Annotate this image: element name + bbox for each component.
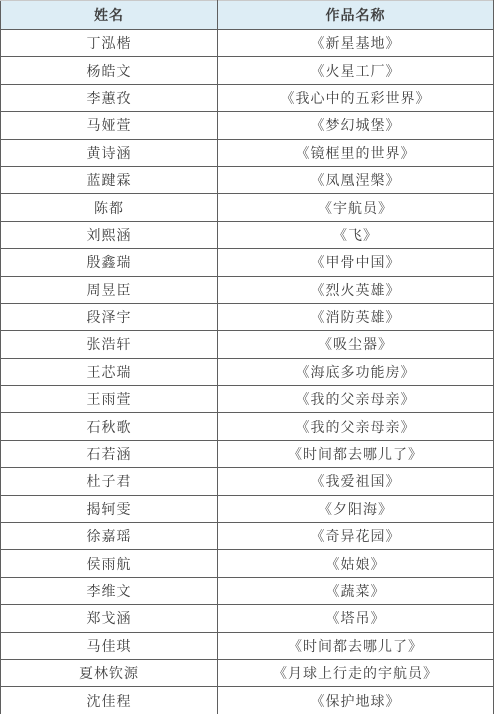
table-row: 石若涵《时间都去哪儿了》 [1,440,494,467]
work-title-cell: 《我的父亲母亲》 [218,413,494,440]
work-title-cell: 《梦幻城堡》 [218,112,494,139]
work-title-cell: 《宇航员》 [218,194,494,221]
student-name-cell: 徐嘉瑶 [1,523,218,550]
table-row: 李维文《蔬菜》 [1,577,494,604]
work-title-cell: 《飞》 [218,221,494,248]
table-row: 丁泓楷《新星基地》 [1,30,494,57]
student-name-cell: 杜子君 [1,468,218,495]
work-title-cell: 《吸尘器》 [218,331,494,358]
student-name-cell: 揭轲雯 [1,495,218,522]
table-row: 郑戈涵《塔吊》 [1,605,494,632]
table-row: 杨皓文《火星工厂》 [1,57,494,84]
student-name-cell: 周昱臣 [1,276,218,303]
work-title-cell: 《月球上行走的宇航员》 [218,659,494,686]
student-name-cell: 夏林钦源 [1,659,218,686]
student-name-cell: 石若涵 [1,440,218,467]
work-title-cell: 《时间都去哪儿了》 [218,440,494,467]
header-name-column: 姓名 [1,1,218,30]
work-title-cell: 《凤凰涅槃》 [218,166,494,193]
table-row: 周昱臣《烈火英雄》 [1,276,494,303]
table-row: 蓝踺霖《凤凰涅槃》 [1,166,494,193]
table-row: 沈佳程《保护地球》 [1,687,494,714]
student-name-cell: 沈佳程 [1,687,218,714]
student-name-cell: 王芯瑞 [1,358,218,385]
table-row: 杜子君《我爱祖国》 [1,468,494,495]
student-name-cell: 丁泓楷 [1,30,218,57]
table-row: 王雨萱《我的父亲母亲》 [1,386,494,413]
work-title-cell: 《甲骨中国》 [218,249,494,276]
table-row: 揭轲雯《夕阳海》 [1,495,494,522]
work-title-cell: 《夕阳海》 [218,495,494,522]
student-name-cell: 王雨萱 [1,386,218,413]
work-title-cell: 《姑娘》 [218,550,494,577]
work-title-cell: 《消防英雄》 [218,303,494,330]
table-row: 段泽宇《消防英雄》 [1,303,494,330]
student-name-cell: 郑戈涵 [1,605,218,632]
student-name-cell: 马娅萱 [1,112,218,139]
student-name-cell: 李蕙孜 [1,84,218,111]
student-name-cell: 殷鑫瑞 [1,249,218,276]
student-name-cell: 黄诗涵 [1,139,218,166]
student-name-cell: 侯雨航 [1,550,218,577]
work-title-cell: 《镜框里的世界》 [218,139,494,166]
student-name-cell: 杨皓文 [1,57,218,84]
work-title-cell: 《蔬菜》 [218,577,494,604]
student-name-cell: 张浩轩 [1,331,218,358]
table-body: 丁泓楷《新星基地》杨皓文《火星工厂》李蕙孜《我心中的五彩世界》马娅萱《梦幻城堡》… [1,30,494,714]
work-title-cell: 《保护地球》 [218,687,494,714]
table-row: 刘熙涵《飞》 [1,221,494,248]
table-row: 侯雨航《姑娘》 [1,550,494,577]
awards-roster-table: 姓名 作品名称 丁泓楷《新星基地》杨皓文《火星工厂》李蕙孜《我心中的五彩世界》马… [0,0,494,714]
work-title-cell: 《时间都去哪儿了》 [218,632,494,659]
student-name-cell: 陈都 [1,194,218,221]
work-title-cell: 《我爱祖国》 [218,468,494,495]
table-row: 黄诗涵《镜框里的世界》 [1,139,494,166]
table-row: 王芯瑞《海底多功能房》 [1,358,494,385]
student-name-cell: 石秋歌 [1,413,218,440]
header-work-column: 作品名称 [218,1,494,30]
work-title-cell: 《我心中的五彩世界》 [218,84,494,111]
work-title-cell: 《新星基地》 [218,30,494,57]
student-name-cell: 刘熙涵 [1,221,218,248]
table-row: 张浩轩《吸尘器》 [1,331,494,358]
student-name-cell: 蓝踺霖 [1,166,218,193]
table-row: 马娅萱《梦幻城堡》 [1,112,494,139]
work-title-cell: 《火星工厂》 [218,57,494,84]
table-row: 陈都《宇航员》 [1,194,494,221]
table-row: 石秋歌《我的父亲母亲》 [1,413,494,440]
table-row: 马佳琪《时间都去哪儿了》 [1,632,494,659]
table-row: 徐嘉瑶《奇异花园》 [1,523,494,550]
work-title-cell: 《塔吊》 [218,605,494,632]
table-header-row: 姓名 作品名称 [1,1,494,30]
table-row: 夏林钦源《月球上行走的宇航员》 [1,659,494,686]
work-title-cell: 《海底多功能房》 [218,358,494,385]
student-name-cell: 段泽宇 [1,303,218,330]
table-row: 李蕙孜《我心中的五彩世界》 [1,84,494,111]
table-row: 殷鑫瑞《甲骨中国》 [1,249,494,276]
student-name-cell: 马佳琪 [1,632,218,659]
work-title-cell: 《奇异花园》 [218,523,494,550]
work-title-cell: 《烈火英雄》 [218,276,494,303]
work-title-cell: 《我的父亲母亲》 [218,386,494,413]
student-name-cell: 李维文 [1,577,218,604]
